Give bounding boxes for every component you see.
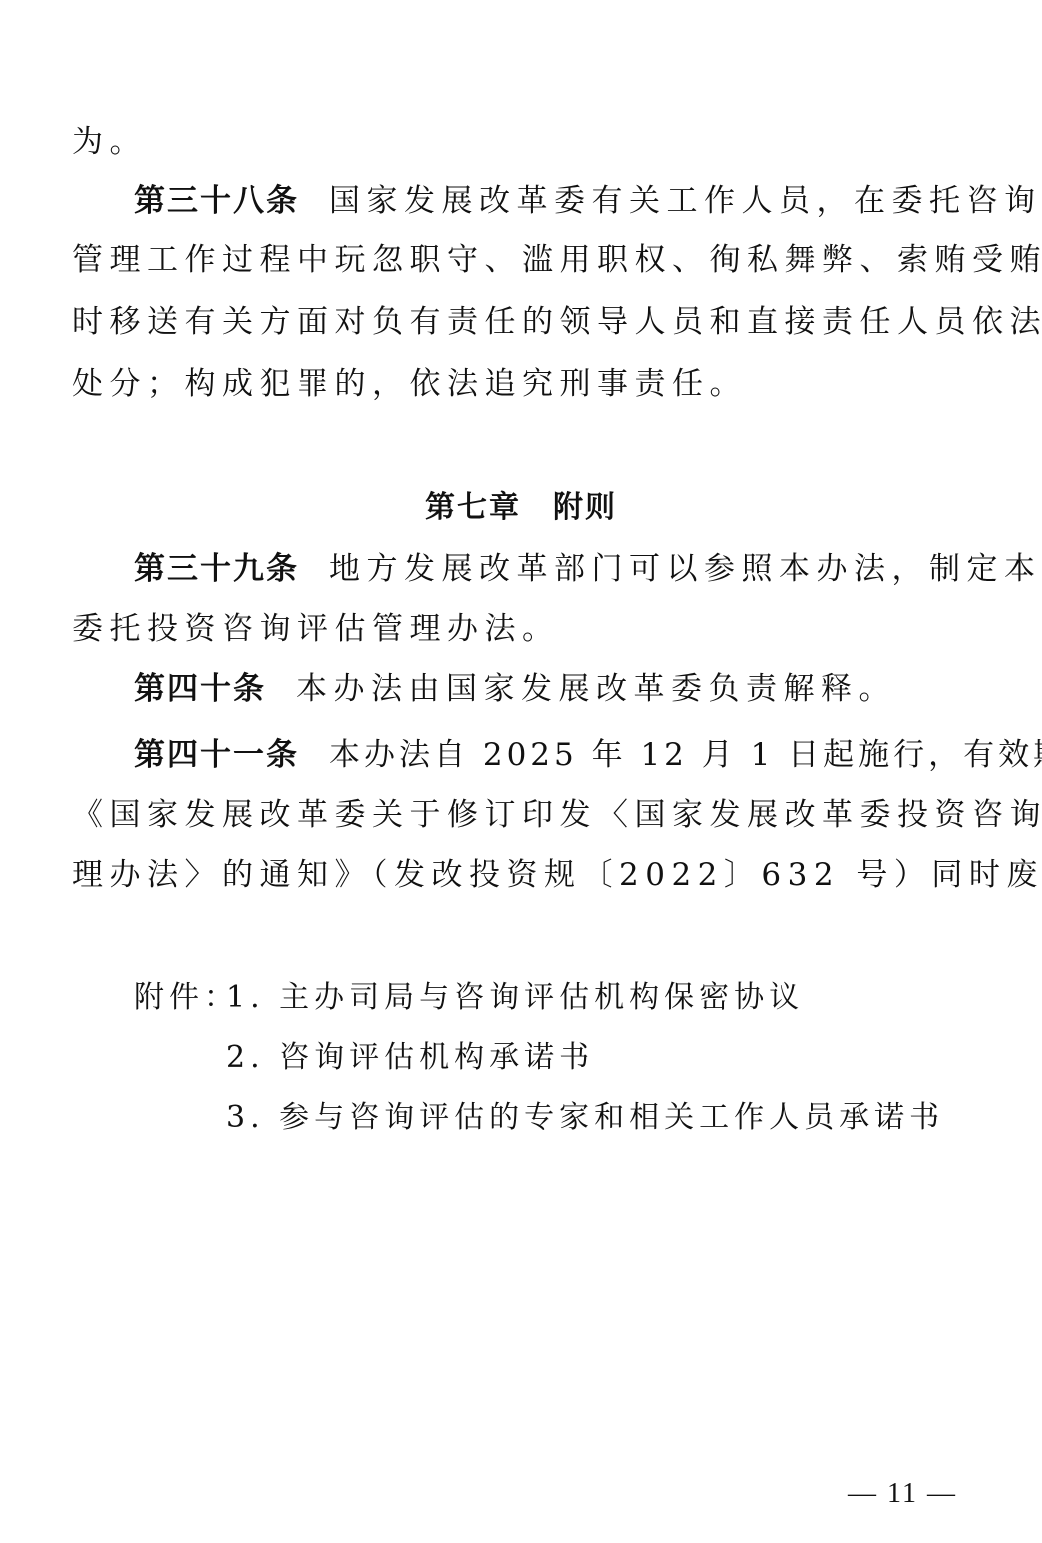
attachment-item-2: 2. 咨询评估机构承诺书 xyxy=(226,1038,594,1078)
article-41-text: 本办法自 2025 年 12 月 1 日起施行，有效期 5 年。 xyxy=(329,737,1042,773)
article-40-line-1: 第四十条本办法由国家发展改革委负责解释。 xyxy=(134,669,1034,709)
page-number: — 11 — xyxy=(848,1474,957,1514)
article-38-line-1: 第三十八条国家发展改革委有关工作人员，在委托咨询评估 xyxy=(134,181,1034,221)
article-38-text: 国家发展改革委有关工作人员，在委托咨询评估 xyxy=(329,183,1042,219)
article-38-line-2: 管理工作过程中玩忽职守、滥用职权、徇私舞弊、索贿受贿的，及 xyxy=(72,240,972,280)
article-38-line-4: 处分；构成犯罪的，依法追究刑事责任。 xyxy=(72,364,972,404)
article-39-text: 地方发展改革部门可以参照本办法，制定本地区 xyxy=(329,551,1042,587)
article-39-line-1: 第三十九条地方发展改革部门可以参照本办法，制定本地区 xyxy=(134,549,1034,589)
article-38-line-3: 时移送有关方面对负有责任的领导人员和直接责任人员依法给予 xyxy=(72,302,972,342)
attachments-label: 附件： xyxy=(134,978,239,1018)
article-41-line-3: 理办法〉的通知》（发改投资规〔2022〕632 号）同时废止。 xyxy=(72,855,972,895)
article-40-title: 第四十条 xyxy=(134,671,266,707)
article-38-title: 第三十八条 xyxy=(134,183,299,219)
continued-text: 为。 xyxy=(72,122,972,162)
article-39-title: 第三十九条 xyxy=(134,551,299,587)
attachment-item-3: 3. 参与咨询评估的专家和相关工作人员承诺书 xyxy=(226,1098,944,1138)
article-40-text: 本办法由国家发展改革委负责解释。 xyxy=(296,671,896,707)
attachment-item-1: 1. 主办司局与咨询评估机构保密协议 xyxy=(226,978,804,1018)
article-41-line-2: 《国家发展改革委关于修订印发〈国家发展改革委投资咨询评估管 xyxy=(72,795,972,835)
article-41-title: 第四十一条 xyxy=(134,737,299,773)
chapter-heading: 第七章 附则 xyxy=(0,488,1042,528)
article-41-line-1: 第四十一条本办法自 2025 年 12 月 1 日起施行，有效期 5 年。 xyxy=(134,735,1034,775)
article-39-line-2: 委托投资咨询评估管理办法。 xyxy=(72,609,972,649)
